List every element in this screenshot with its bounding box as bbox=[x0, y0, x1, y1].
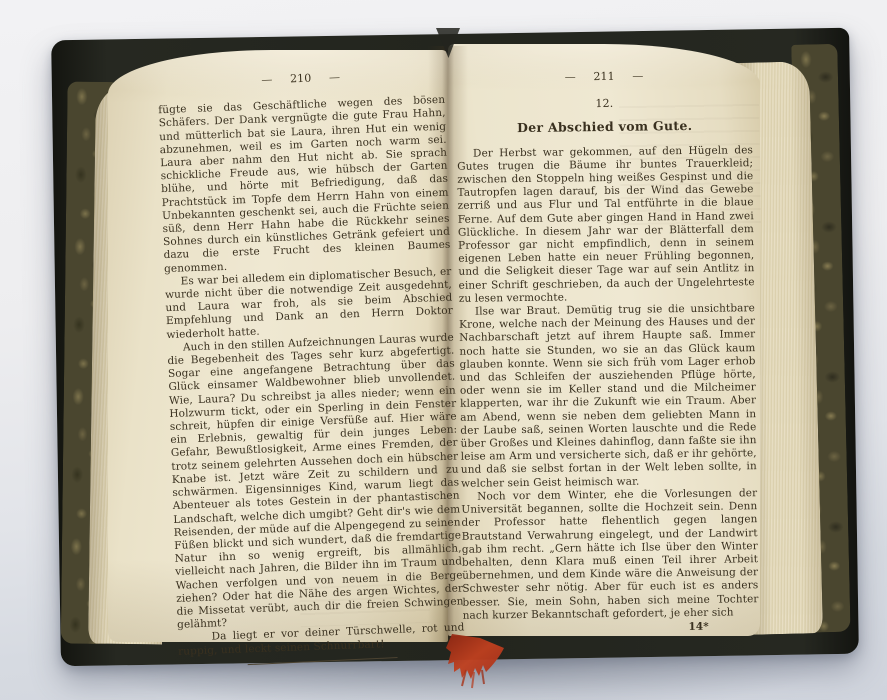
paragraph: fügte sie das Geschäftliche wegen des bö… bbox=[158, 94, 451, 276]
page-number-right: — 211 — bbox=[456, 68, 752, 85]
book-photo: — 210 — fügte sie das Geschäftliche wege… bbox=[0, 0, 887, 700]
paragraph: Es war bei alledem ein diplomatischer Be… bbox=[164, 265, 453, 341]
paragraph: Ilse war Braut. Demütig trug sie die uns… bbox=[459, 302, 757, 490]
chapter-number: 12. bbox=[456, 95, 752, 112]
right-page-text: — 211 — 12. Der Abschied vom Gute. Der H… bbox=[456, 68, 759, 637]
paragraph: Noch vor dem Winter, ehe die Vorlesungen… bbox=[461, 487, 759, 623]
ribbon-bookmark-icon bbox=[446, 634, 520, 696]
paragraph: Der Herbst war gekommen, auf den Hügeln … bbox=[457, 144, 755, 306]
left-page-text: — 210 — fügte sie das Geschäftliche wege… bbox=[157, 67, 465, 667]
chapter-title: Der Abschied vom Gute. bbox=[457, 119, 753, 136]
paragraph: Auch in den stillen Aufzeichnungen Laura… bbox=[167, 331, 464, 632]
